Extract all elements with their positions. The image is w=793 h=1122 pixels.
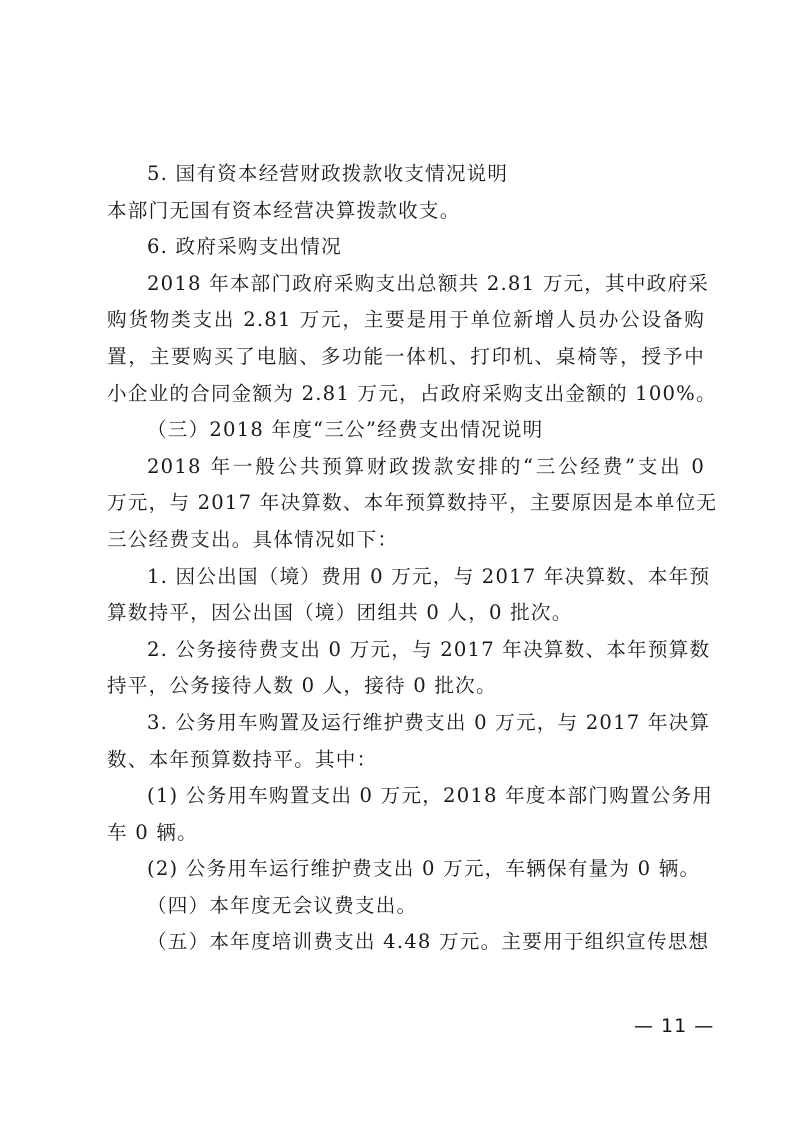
- paragraph-line: 三公经费支出。具体情况如下：: [107, 522, 707, 559]
- paragraph-line: 本部门无国有资本经营决算拨款收支。: [107, 193, 707, 230]
- list-item-official-vehicles: 3. 公务用车购置及运行维护费支出 0 万元，与 2017 年决算: [107, 705, 705, 742]
- heading-training-expenses: （五）本年度培训费支出 4.48 万元。主要用于组织宣传思想: [107, 924, 705, 961]
- heading-state-capital-budget: 5. 国有资本经营财政拨款收支情况说明: [107, 156, 707, 193]
- sub-item-vehicle-purchase: (1) 公务用车购置支出 0 万元，2018 年度本部门购置公务用: [107, 778, 705, 815]
- paragraph-line: 小企业的合同金额为 2.81 万元，占政府采购支出金额的 100%。: [107, 376, 707, 413]
- heading-three-public-expenses: （三）2018 年度“三公”经费支出情况说明: [107, 412, 707, 449]
- heading-meeting-expenses: （四）本年度无会议费支出。: [107, 888, 707, 925]
- paragraph-line: 2018 年本部门政府采购支出总额共 2.81 万元，其中政府采: [107, 266, 705, 303]
- paragraph-line: 算数持平，因公出国（境）团组共 0 人，0 批次。: [107, 595, 707, 632]
- document-body: 5. 国有资本经营财政拨款收支情况说明 本部门无国有资本经营决算拨款收支。 6.…: [107, 156, 707, 961]
- paragraph-line: 车 0 辆。: [107, 815, 707, 852]
- paragraph-line: 2018 年一般公共预算财政拨款安排的“三公经费”支出 0: [107, 449, 705, 486]
- heading-government-procurement: 6. 政府采购支出情况: [107, 229, 707, 266]
- page-number: — 11 —: [634, 1015, 714, 1037]
- paragraph-line: 置，主要购买了电脑、多功能一体机、打印机、桌椅等，授予中: [107, 339, 705, 376]
- document-page: 5. 国有资本经营财政拨款收支情况说明 本部门无国有资本经营决算拨款收支。 6.…: [0, 0, 793, 1122]
- paragraph-line: 数、本年预算数持平。其中：: [107, 742, 707, 779]
- sub-item-vehicle-maintenance: (2) 公务用车运行维护费支出 0 万元，车辆保有量为 0 辆。: [107, 851, 707, 888]
- paragraph-line: 万元，与 2017 年决算数、本年预算数持平，主要原因是本单位无: [107, 485, 705, 522]
- list-item-overseas-travel: 1. 因公出国（境）费用 0 万元，与 2017 年决算数、本年预: [107, 559, 705, 596]
- paragraph-line: 持平，公务接待人数 0 人，接待 0 批次。: [107, 668, 707, 705]
- paragraph-line: 购货物类支出 2.81 万元，主要是用于单位新增人员办公设备购: [107, 302, 705, 339]
- list-item-official-reception: 2. 公务接待费支出 0 万元，与 2017 年决算数、本年预算数: [107, 632, 705, 669]
